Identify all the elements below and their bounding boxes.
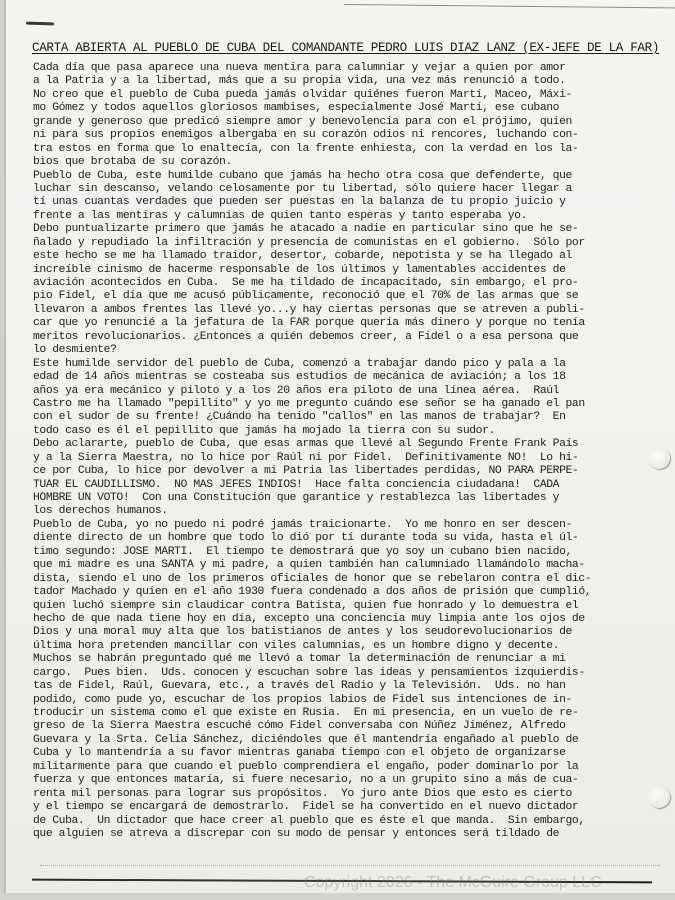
faded-dotted-line (40, 865, 660, 866)
text-line: aviación acontecidos en Cuba. Se me ha t… (33, 277, 663, 290)
text-line: fuerza y que entonces mataría, si fuere … (33, 774, 663, 787)
text-line: podido, como pude yo, escuchar de los pr… (33, 694, 663, 707)
text-line: tra estos en forma que lo enaltecía, con… (33, 143, 663, 156)
text-line: TUAR EL CAUDILLISMO. NO MAS JEFES INDIOS… (33, 479, 663, 492)
text-line: No creo que el pueblo de Cuba pueda jamá… (33, 89, 663, 102)
text-line: llevaron a ambos frentes las llevé yo...… (33, 304, 663, 317)
text-line: Cada día que pasa aparece una nueva ment… (33, 62, 663, 75)
text-line: Cuba y lo mantendría a su favor mientras… (33, 747, 663, 760)
text-line: car que yo renuncié a la jefatura de la … (33, 317, 663, 330)
text-line: Debo aclararte, pueblo de Cuba, que esas… (33, 438, 663, 451)
text-line: Pueblo de Cuba, este humilde cubano que … (33, 170, 663, 183)
text-line: troducir un sistema como el que existe e… (33, 707, 663, 720)
text-line: a la Patria y a la libertad, más que a s… (33, 75, 663, 88)
text-line: todo caso es él el pepillito que jamás h… (33, 425, 663, 438)
scan-bottom-edge (0, 893, 675, 900)
punch-hole-upper (648, 447, 670, 469)
text-line: con el sudor de su frente! ¿Cuándo ha te… (33, 411, 663, 424)
corner-mark (26, 22, 54, 26)
text-line: años ya era mecánico y piloto y a los 20… (33, 385, 663, 398)
text-line: de Cuba. Un dictador que hace creer al p… (33, 815, 663, 828)
text-line: HOMBRE UN VOTO! Con una Constitución que… (33, 492, 663, 505)
text-line: dista, siendo el uno de los primeros ofi… (33, 573, 663, 586)
text-line: pio Fidel, el día que me acusó públicame… (33, 290, 663, 303)
text-line: y el tiempo se encargará de demostrarlo.… (33, 801, 663, 814)
text-line: Este humilde servidor del pueblo de Cuba… (33, 358, 663, 371)
text-line: quien luchó siempre sin claudicar contra… (33, 600, 663, 613)
text-line: mo Gómez y todos aquellos gloriosos mamb… (33, 102, 663, 115)
text-line: y a la Sierra Maestra, no lo hice por Ra… (33, 452, 663, 465)
text-line: Debo puntualizarte primero que jamás he … (33, 223, 663, 236)
letter-body: Cada día que pasa aparece una nueva ment… (33, 62, 663, 841)
text-line: diente directo de un hombre que todo lo … (33, 532, 663, 545)
document-title: CARTA ABIERTA AL PUEBLO DE CUBA DEL COMA… (32, 41, 659, 55)
punch-hole-lower (648, 786, 670, 808)
text-line: tas de Fidel, Raúl, Guevara, etc., a tra… (33, 680, 663, 693)
text-line: grande y generoso que predicó siempre am… (33, 116, 663, 129)
text-line: que mi madre es una SANTA y mi padre, a … (33, 559, 663, 572)
text-line: meritos revolucionarios. ¿Entonces a qui… (33, 331, 663, 344)
text-line: edad de 14 años mientras se costeaba sus… (33, 371, 663, 384)
text-line: ce por Cuba, lo hice por devolver a mi P… (33, 465, 663, 478)
text-line: este hecho se me ha llamado traidor, des… (33, 250, 663, 263)
text-line: Dios y una moral muy alta que los batist… (33, 626, 663, 639)
text-line: tador Machado y quien en el año 1930 fue… (33, 586, 663, 599)
text-line: lo desmiente? (33, 344, 663, 357)
document-page: CARTA ABIERTA AL PUEBLO DE CUBA DEL COMA… (4, 0, 675, 900)
copyright-watermark: Copyright 2026 - The McGuire Group LLC (304, 874, 602, 892)
text-line: Pueblo de Cuba, yo no puedo ni podré jam… (33, 519, 663, 532)
text-line: timo segundo: JOSE MARTI. El tiempo te d… (33, 546, 663, 559)
text-line: ni para sus propios enemigos albergaba e… (33, 129, 663, 142)
text-line: cargo. Pues bien. Uds. conocen y escucha… (33, 667, 663, 680)
text-line: ñalado y repudiado la infiltración y pre… (33, 237, 663, 250)
text-line: increíble cinismo de hacerme responsable… (33, 264, 663, 277)
text-line: hecho de que nada tiene hoy en día, exce… (33, 613, 663, 626)
text-line: greso de la Sierra Maestra escuché cómo … (33, 720, 663, 733)
text-line: luchar sin descanso, velando celosamente… (33, 183, 663, 196)
text-line: tí unas cuantas verdades que pueden ser … (33, 196, 663, 209)
text-line: bios que brotaba de su corazón. (33, 156, 663, 169)
text-line: Castro me ha llamado "pepillito" y yo me… (33, 398, 663, 411)
text-line: militarmente para que cuando el pueblo c… (33, 761, 663, 774)
text-line: renta mil personas para lograr sus propó… (33, 788, 663, 801)
text-line: frente a las mentiras y calumnias de qui… (33, 210, 663, 223)
text-line: última hora pretenden mancillar con vile… (33, 640, 663, 653)
text-line: Muchos se habrán preguntado qué me llevó… (33, 653, 663, 666)
text-line: que alguien se atreva a discrepar con su… (33, 828, 663, 841)
paper-top-edge (344, 0, 675, 9)
text-line: los derechos humanos. (33, 505, 663, 518)
text-line: Guevara y la Srta. Celia Sánchez, dicién… (33, 734, 663, 747)
